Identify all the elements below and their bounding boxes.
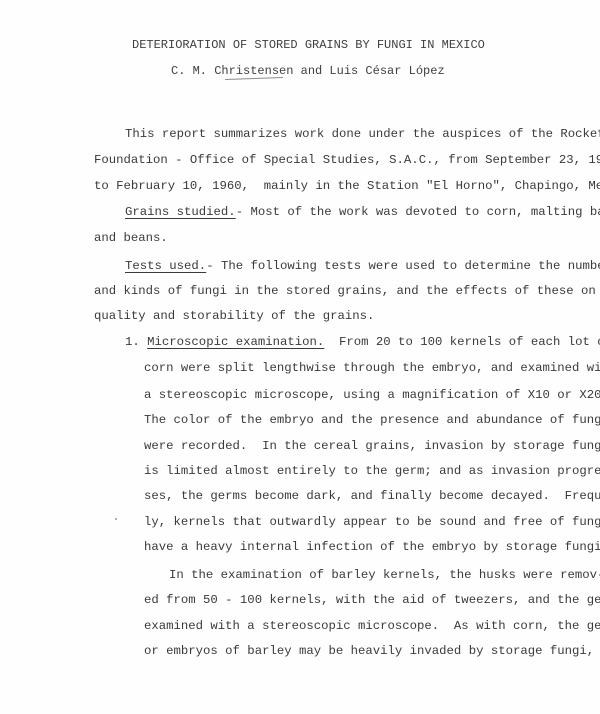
paper-speck: [115, 518, 117, 520]
item-1-line: ly, kernels that outwardly appear to be …: [144, 514, 600, 530]
barley-line: or embryos of barley may be heavily inva…: [144, 643, 594, 659]
item-1-text: From 20 to 100 kernels of each lot of: [324, 335, 600, 349]
item-1-heading: Microscopic examination.: [147, 335, 324, 349]
intro-line-2: Foundation - Office of Special Studies, …: [94, 152, 600, 168]
item-1-line: corn were split lengthwise through the e…: [144, 360, 600, 376]
grains-paragraph-line-2: and beans.: [94, 230, 168, 246]
document-title: DETERIORATION OF STORED GRAINS BY FUNGI …: [132, 37, 485, 53]
document-page: DETERIORATION OF STORED GRAINS BY FUNGI …: [0, 0, 600, 714]
tests-paragraph-line-1: Tests used.- The following tests were us…: [125, 258, 600, 274]
grains-paragraph-line-1: Grains studied.- Most of the work was de…: [125, 204, 600, 220]
tests-paragraph-line-3: quality and storability of the grains.: [94, 308, 374, 324]
item-1-line-1: 1. Microscopic examination. From 20 to 1…: [125, 334, 600, 350]
item-1-line: have a heavy internal infection of the e…: [144, 539, 600, 555]
item-1-line: is limited almost entirely to the germ; …: [144, 463, 600, 479]
item-1-line: were recorded. In the cereal grains, inv…: [144, 438, 600, 454]
barley-line: In the examination of barley kernels, th…: [169, 567, 600, 583]
tests-heading: Tests used.: [125, 259, 206, 273]
tests-paragraph-line-2: and kinds of fungi in the stored grains,…: [94, 283, 596, 299]
intro-line-1: This report summarizes work done under t…: [125, 126, 600, 142]
barley-line: ed from 50 - 100 kernels, with the aid o…: [144, 592, 600, 608]
document-authors: C. M. Christensen and Luis César López: [171, 63, 445, 79]
item-1-line: a stereoscopic microscope, using a magni…: [144, 387, 600, 403]
item-1-line: ses, the germs become dark, and finally …: [144, 488, 600, 504]
item-1-line: The color of the embryo and the presence…: [144, 412, 600, 428]
grains-text: - Most of the work was devoted to corn, …: [236, 205, 600, 219]
intro-line-3: to February 10, 1960, mainly in the Stat…: [94, 178, 600, 194]
tests-text: - The following tests were used to deter…: [206, 259, 600, 273]
grains-heading: Grains studied.: [125, 205, 236, 219]
item-1-number: 1.: [125, 335, 140, 349]
barley-line: examined with a stereoscopic microscope.…: [144, 618, 600, 634]
